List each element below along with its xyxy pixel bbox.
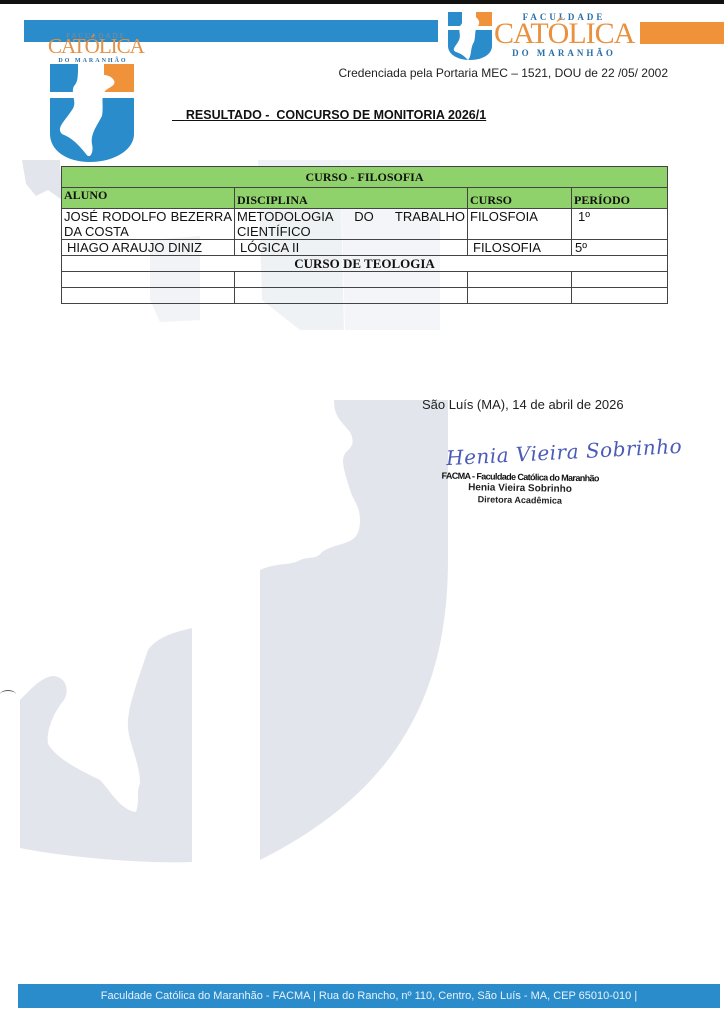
cell-aluno-text: JOSÉ RODOLFO BEZERRA DA COSTA: [64, 209, 232, 239]
table-row: JOSÉ RODOLFO BEZERRA DA COSTA METODOLOGI…: [62, 209, 668, 240]
table-header-row: ALUNO DISCIPLINA CURSO PERÍODO: [62, 188, 668, 209]
footer-address: Faculdade Católica do Maranhão - FACMA |…: [101, 990, 637, 1002]
section-header-teologia: CURSO DE TEOLOGIA: [62, 256, 668, 272]
shield-cross-small-icon: [448, 12, 492, 60]
cell-periodo: 1º: [572, 209, 668, 240]
footer-contact: (98) 3221-0000 | (98) 3222-0000 | www.fa…: [18, 1003, 720, 1008]
cell-disciplina: [235, 288, 468, 304]
cell-disciplina: [235, 272, 468, 288]
column-header-aluno: ALUNO: [62, 188, 235, 209]
accreditation-text: Credenciada pela Portaria MEC – 1521, DO…: [300, 66, 668, 80]
shield-cross-icon: [50, 64, 134, 162]
header-bar-orange: [640, 22, 724, 44]
place-and-date: São Luís (MA), 14 de abril de 2026: [422, 397, 624, 412]
cell-aluno: [62, 288, 235, 304]
cell-aluno: [62, 272, 235, 288]
cell-periodo: 5º: [572, 240, 668, 256]
handwritten-signature: Henia Vieira Sobrinho: [446, 434, 683, 470]
column-header-disciplina: DISCIPLINA: [235, 188, 468, 209]
cell-periodo: [572, 272, 668, 288]
cell-aluno: JOSÉ RODOLFO BEZERRA DA COSTA: [62, 209, 235, 240]
stamp-role: Diretora Acadêmica: [440, 494, 600, 507]
cell-periodo: [572, 288, 668, 304]
scan-top-edge: [0, 0, 724, 4]
logo-brand-name: CATÓLICA: [48, 34, 138, 59]
document-title: RESULTADO - CONCURSO DE MONITORIA 2026/1: [172, 108, 486, 122]
institution-logo-right: FACULDADE CATÓLICA DO MARANHÃO: [448, 10, 638, 62]
cell-disciplina-text: METODOLOGIA DO TRABALHO CIENTÍFICO: [237, 209, 465, 239]
cell-disciplina: LÓGICA II: [235, 240, 468, 256]
cell-curso: [468, 272, 572, 288]
table-row: [62, 272, 668, 288]
institution-logo-left: FACULDADE CATÓLICA DO MARANHÃO: [48, 28, 138, 164]
column-header-periodo: PERÍODO: [572, 188, 668, 209]
section-header-filosofia: CURSO - FILOSOFIA: [62, 167, 668, 188]
results-table: CURSO - FILOSOFIA ALUNO DISCIPLINA CURSO…: [61, 166, 668, 304]
signature-stamp: FACMA - Faculdade Católica do Maranhão H…: [440, 471, 601, 507]
cell-disciplina: METODOLOGIA DO TRABALHO CIENTÍFICO: [235, 209, 468, 240]
logo-right-brand-name: CATÓLICA: [494, 18, 634, 50]
table-row: [62, 288, 668, 304]
cell-curso: FILOSOFIA: [468, 240, 572, 256]
cell-aluno: HIAGO ARAUJO DINIZ: [62, 240, 235, 256]
logo-right-brand-sub: DO MARANHÃO: [494, 48, 634, 58]
document-title-text: RESULTADO - CONCURSO DE MONITORIA 2026/1: [186, 108, 486, 122]
scan-mark: [0, 690, 16, 699]
table-row: HIAGO ARAUJO DINIZ LÓGICA II FILOSOFIA 5…: [62, 240, 668, 256]
footer-bar: Faculdade Católica do Maranhão - FACMA |…: [18, 984, 720, 1008]
cell-curso: [468, 288, 572, 304]
column-header-curso: CURSO: [468, 188, 572, 209]
cell-curso: FILOSFOIA: [468, 209, 572, 240]
